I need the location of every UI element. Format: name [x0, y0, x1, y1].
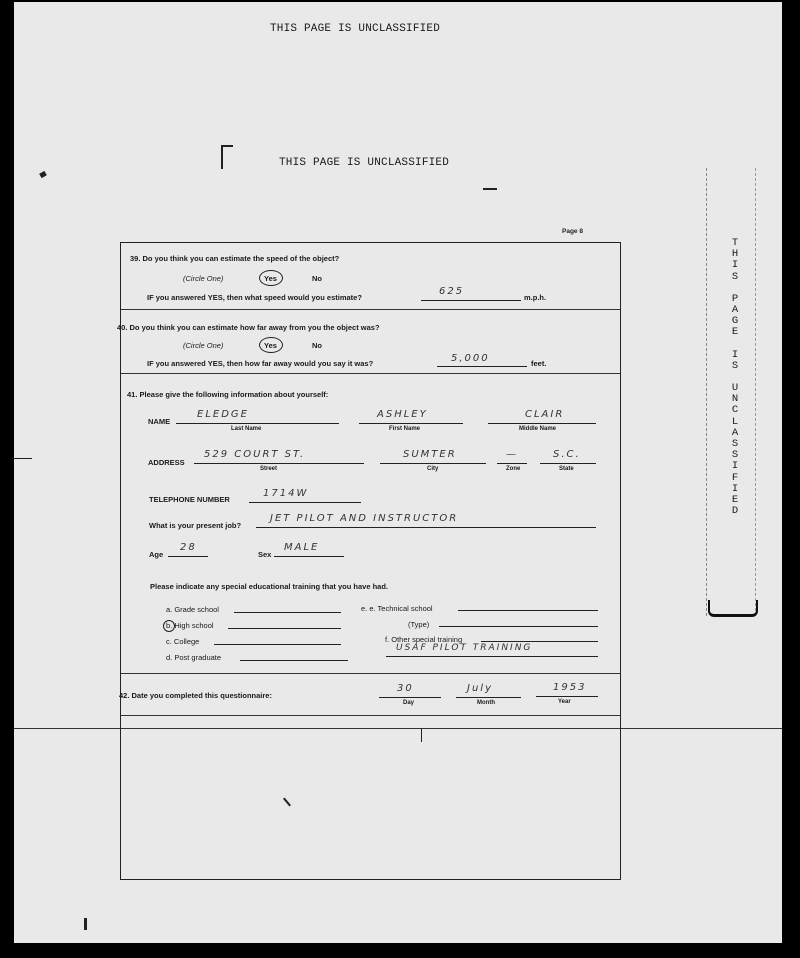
- scan-speck: [84, 918, 87, 930]
- q40-followup: IF you answered YES, then how far away w…: [147, 359, 373, 368]
- q39-circle-one: (Circle One): [183, 274, 223, 283]
- q40-unit: feet.: [531, 359, 546, 368]
- college-line: [214, 644, 341, 645]
- job-value[interactable]: JET PILOT AND INSTRUCTOR: [270, 513, 458, 524]
- zone-line: [497, 463, 527, 464]
- q41-question: 41. Please give the following informatio…: [127, 390, 328, 399]
- first-name-line: [359, 423, 463, 424]
- q39-speed-answer[interactable]: 625: [439, 286, 464, 297]
- day-value[interactable]: 30: [397, 683, 414, 694]
- job-label: What is your present job?: [149, 521, 241, 530]
- month-value[interactable]: July: [467, 683, 493, 694]
- year-label: Year: [558, 699, 571, 705]
- year-value[interactable]: 1953: [553, 682, 586, 693]
- q39-answer-line: [421, 300, 521, 301]
- corner-mark: [221, 145, 233, 147]
- questionnaire-form: 39. Do you think you can estimate the sp…: [120, 242, 621, 880]
- education-college[interactable]: c. College: [166, 637, 199, 646]
- middle-name-label: Middle Name: [519, 426, 556, 432]
- city-label: City: [427, 466, 438, 472]
- middle-name-line: [488, 423, 596, 424]
- high-school-circle: [163, 620, 175, 632]
- divider: [121, 673, 620, 674]
- q40-distance-answer[interactable]: 5,000: [451, 353, 490, 364]
- corner-mark: [221, 145, 223, 169]
- scan-speck: [483, 188, 497, 190]
- address-label: ADDRESS: [148, 458, 185, 467]
- sex-line: [274, 556, 344, 557]
- other-training-line: [481, 641, 598, 642]
- name-label: NAME: [148, 417, 170, 426]
- q40-question: 40. Do you think you can estimate how fa…: [117, 323, 380, 332]
- zone-label: Zone: [506, 466, 520, 472]
- education-technical-school[interactable]: e. e. Technical school: [361, 604, 433, 613]
- telephone-value[interactable]: 1714W: [263, 488, 308, 499]
- city-line: [380, 463, 486, 464]
- month-label: Month: [477, 700, 495, 706]
- q39-unit: m.p.h.: [524, 293, 546, 302]
- divider: [121, 309, 620, 310]
- street-value[interactable]: 529 COURT ST.: [204, 449, 305, 460]
- age-line: [168, 556, 208, 557]
- classification-header: THIS PAGE IS UNCLASSIFIED: [279, 157, 449, 169]
- technical-school-line: [458, 610, 598, 611]
- q40-circle-one: (Circle One): [183, 341, 223, 350]
- day-label: Day: [403, 700, 414, 706]
- last-name-line: [176, 423, 339, 424]
- day-line: [379, 697, 441, 698]
- other-training-answer-line: [386, 656, 598, 657]
- education-grade-school[interactable]: a. Grade school: [166, 605, 219, 614]
- q39-followup: IF you answered YES, then what speed wou…: [147, 293, 362, 302]
- classification-header-top: THIS PAGE IS UNCLASSIFIED: [270, 23, 440, 35]
- grade-school-line: [234, 612, 341, 613]
- street-line: [194, 463, 364, 464]
- q39-question: 39. Do you think you can estimate the sp…: [130, 254, 339, 263]
- first-name-label: First Name: [389, 426, 420, 432]
- other-training-value[interactable]: USAF PILOT TRAINING: [396, 643, 532, 653]
- last-name-label: Last Name: [231, 426, 261, 432]
- q42-question: 42. Date you completed this questionnair…: [119, 691, 272, 700]
- post-graduate-line: [240, 660, 348, 661]
- year-line: [536, 696, 598, 697]
- q40-no-option[interactable]: No: [312, 341, 322, 350]
- q40-yes-circle: [259, 337, 283, 353]
- sex-label: Sex: [258, 550, 271, 559]
- telephone-label: TELEPHONE NUMBER: [149, 495, 230, 504]
- age-label: Age: [149, 550, 163, 559]
- side-stamp-bracket-bottom: [708, 600, 758, 617]
- month-line: [456, 697, 521, 698]
- state-value[interactable]: S.C.: [553, 449, 581, 460]
- zone-value[interactable]: —: [506, 449, 518, 460]
- middle-name-value[interactable]: CLAIR: [525, 409, 564, 420]
- telephone-line: [249, 502, 361, 503]
- street-label: Street: [260, 466, 277, 472]
- q39-no-option[interactable]: No: [312, 274, 322, 283]
- side-classification-stamp: T H I S P A G E I S U N C L A S S I F I …: [728, 238, 742, 517]
- job-line: [256, 527, 596, 528]
- education-post-graduate[interactable]: d. Post graduate: [166, 653, 221, 662]
- city-value[interactable]: SUMTER: [403, 449, 457, 460]
- education-technical-type: (Type): [408, 620, 429, 629]
- first-name-value[interactable]: ASHLEY: [377, 409, 428, 420]
- scan-speck: [12, 458, 32, 459]
- q39-yes-circle: [259, 270, 283, 286]
- divider: [121, 373, 620, 374]
- age-value[interactable]: 28: [180, 542, 197, 553]
- scan-speck: [421, 728, 422, 742]
- state-line: [540, 463, 596, 464]
- sex-value[interactable]: MALE: [284, 542, 319, 553]
- last-name-value[interactable]: ELEDGE: [197, 409, 249, 420]
- high-school-line: [228, 628, 341, 629]
- technical-type-line: [439, 626, 598, 627]
- q40-answer-line: [437, 366, 527, 367]
- state-label: State: [559, 466, 574, 472]
- page-number: Page 8: [562, 228, 583, 235]
- education-prompt: Please indicate any special educational …: [150, 582, 388, 591]
- divider: [121, 715, 620, 716]
